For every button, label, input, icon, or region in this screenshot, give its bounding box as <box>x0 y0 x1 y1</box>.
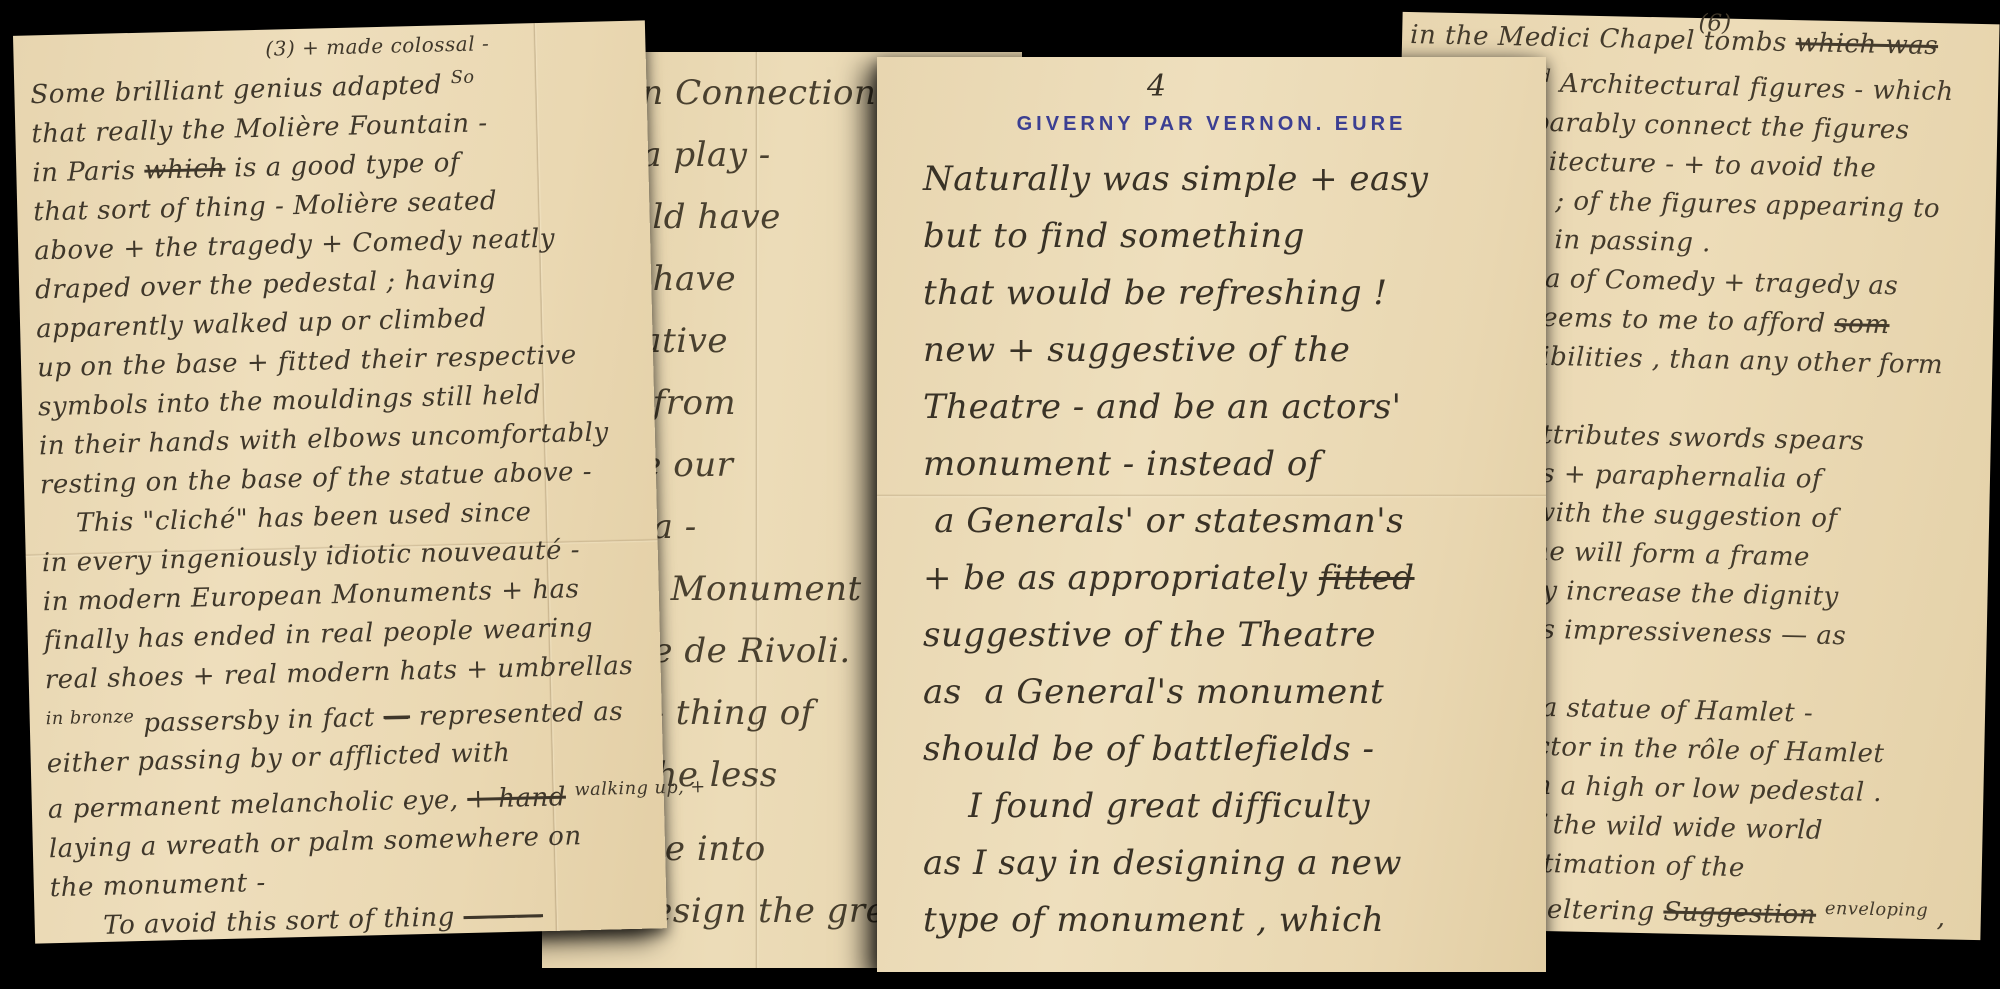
handwritten-line: monument - instead of <box>877 436 1546 493</box>
handwritten-line: should be of battlefields - <box>877 721 1546 778</box>
handwriting-lines: (3) + made colossal -Some brilliant geni… <box>13 20 667 947</box>
handwritten-line: as a General's monument <box>877 664 1546 721</box>
letter-page-3: (3) + made colossal -Some brilliant geni… <box>13 20 667 943</box>
handwritten-line: as I say in designing a new <box>877 835 1546 892</box>
handwritten-line: suggestive of the Theatre <box>877 607 1546 664</box>
letter-photo-canvas: in Connection a play -uld have have ativ… <box>0 0 2000 989</box>
handwritten-line: Theatre - and be an actors' <box>877 379 1546 436</box>
letterhead-giverny: GIVERNY PAR VERNON. EURE <box>877 105 1546 151</box>
handwritten-line: type of monument , which <box>877 892 1546 949</box>
handwritten-line: that would be refreshing ! <box>877 265 1546 322</box>
handwritten-line: new + suggestive of the <box>877 322 1546 379</box>
handwritten-line: + be as appropriately fitted <box>877 550 1546 607</box>
handwritten-line: Naturally was simple + easy <box>877 151 1546 208</box>
handwritten-line: I found great difficulty <box>877 778 1546 835</box>
handwritten-line: but to find something <box>877 208 1546 265</box>
handwritten-line: a Generals' or statesman's <box>877 493 1546 550</box>
handwriting-lines: Naturally was simple + easybut to find s… <box>877 151 1546 949</box>
page-number-label: 4 <box>822 57 1491 105</box>
letter-page-4: 4 GIVERNY PAR VERNON. EURE Naturally was… <box>877 57 1546 972</box>
